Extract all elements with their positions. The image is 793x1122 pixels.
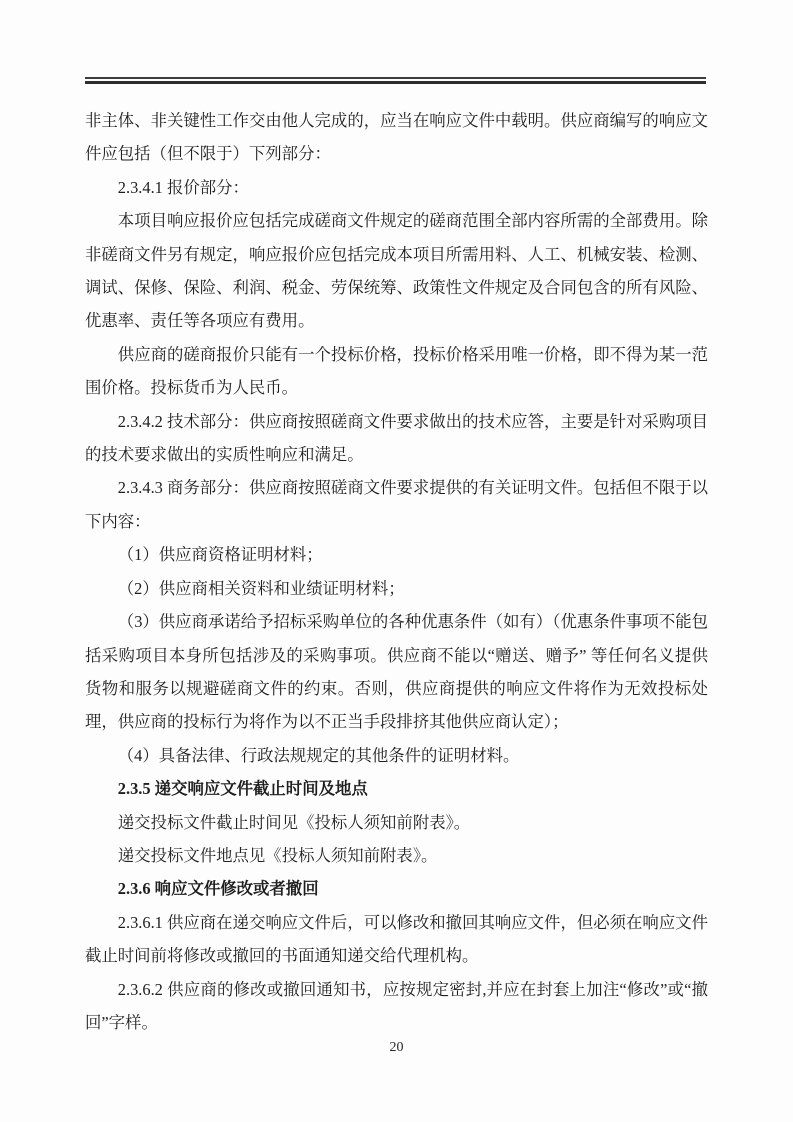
document-body: 非主体、非关键性工作交由他人完成的，应当在响应文件中载明。供应商编写的响应文件应… [85, 104, 708, 1039]
section-heading: 2.3.6 响应文件修改或者撤回 [85, 872, 708, 905]
list-item: （4）具备法律、行政法规规定的其他条件的证明材料。 [85, 739, 708, 772]
list-item: （2）供应商相关资料和业绩证明材料； [85, 572, 708, 605]
page-number: 20 [390, 1040, 404, 1055]
paragraph: 递交投标文件截止时间见《投标人须知前附表》。 [85, 806, 708, 839]
paragraph: 递交投标文件地点见《投标人须知前附表》。 [85, 839, 708, 872]
paragraph: 非主体、非关键性工作交由他人完成的，应当在响应文件中载明。供应商编写的响应文件应… [85, 104, 708, 171]
paragraph: 本项目响应报价应包括完成磋商文件规定的磋商范围全部内容所需的全部费用。除非磋商文… [85, 204, 708, 338]
section-heading: 2.3.5 递交响应文件截止时间及地点 [85, 772, 708, 805]
header-rule [85, 77, 706, 84]
paragraph: 2.3.4.2 技术部分：供应商按照磋商文件要求做出的技术应答，主要是针对采购项… [85, 405, 708, 472]
page-footer: 20 [0, 1038, 793, 1056]
list-item: （1）供应商资格证明材料； [85, 538, 708, 571]
document-page: 非主体、非关键性工作交由他人完成的，应当在响应文件中载明。供应商编写的响应文件应… [0, 0, 793, 1122]
section-number-line: 2.3.4.1 报价部分： [85, 171, 708, 204]
paragraph: 2.3.4.3 商务部分：供应商按照磋商文件要求提供的有关证明文件。包括但不限于… [85, 471, 708, 538]
list-item: （3）供应商承诺给予招标采购单位的各种优惠条件（如有）（优惠条件事项不能包括采购… [85, 605, 708, 739]
paragraph: 2.3.6.2 供应商的修改或撤回通知书，应按规定密封,并应在封套上加注“修改”… [85, 973, 708, 1040]
paragraph: 2.3.6.1 供应商在递交响应文件后，可以修改和撤回其响应文件，但必须在响应文… [85, 906, 708, 973]
paragraph: 供应商的磋商报价只能有一个投标价格，投标价格采用唯一价格，即不得为某一范围价格。… [85, 338, 708, 405]
